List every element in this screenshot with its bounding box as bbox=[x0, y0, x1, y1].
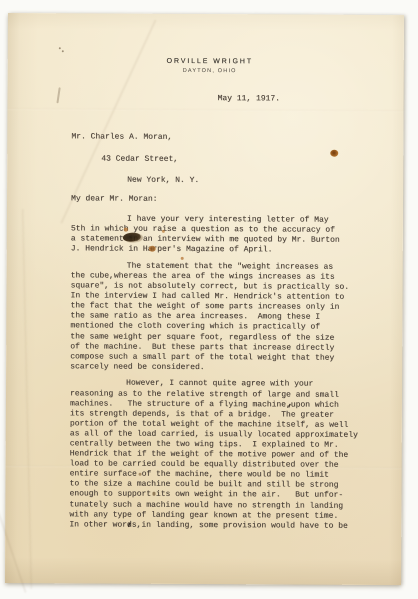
letterhead-city: DAYTON, OHIO bbox=[12, 67, 408, 75]
foxing-stain bbox=[149, 246, 156, 252]
foxing-speck bbox=[162, 230, 165, 233]
letter-paragraph: I have your very interesting letter of M… bbox=[71, 214, 373, 256]
handwritten-comma: , bbox=[126, 515, 134, 529]
letter-line: J. Hendrick in Harper's Magazine of Apri… bbox=[71, 245, 373, 257]
letter-line: In other words,in landing, some provisio… bbox=[69, 520, 371, 532]
letterhead-name: ORVILLE WRIGHT bbox=[12, 57, 408, 66]
letterhead: ORVILLE WRIGHT DAYTON, OHIO bbox=[12, 57, 408, 75]
photo-background: ORVILLE WRIGHT DAYTON, OHIO May 11, 1917… bbox=[0, 0, 418, 599]
letter-paragraph: However, I cannot quite agree with yourr… bbox=[69, 379, 372, 532]
crease-horizontal-upper bbox=[7, 108, 403, 112]
recipient-city: New York, N. Y. bbox=[127, 176, 199, 186]
handwritten-comma: , bbox=[287, 397, 294, 409]
foxing-speck bbox=[181, 257, 184, 260]
scratch-mark bbox=[56, 87, 60, 103]
foxing-speck bbox=[124, 228, 128, 232]
crease-diagonal-top-left bbox=[60, 20, 156, 224]
crease-bottom-left bbox=[0, 501, 26, 592]
crease-left-edge bbox=[22, 209, 33, 589]
foxing-speck bbox=[152, 492, 155, 496]
letter-body: I have your very interesting letter of M… bbox=[69, 214, 373, 538]
salutation: My dear Mr. Moran: bbox=[71, 194, 157, 205]
recipient-street: 43 Cedar Street, bbox=[101, 154, 178, 164]
letter-date: May 11, 1917. bbox=[218, 94, 280, 104]
recipient-name: Mr. Charles A. Moran, bbox=[71, 132, 172, 143]
letter-paper: ORVILLE WRIGHT DAYTON, OHIO May 11, 1917… bbox=[5, 13, 404, 585]
pinhole-mark bbox=[59, 47, 61, 49]
letter-paragraph: The statement that the "weight increases… bbox=[70, 261, 373, 374]
foxing-speck bbox=[139, 473, 142, 476]
letter-line: scarcely need be considered. bbox=[70, 362, 372, 374]
pinhole-mark bbox=[62, 50, 64, 52]
foxing-stain bbox=[330, 150, 338, 157]
